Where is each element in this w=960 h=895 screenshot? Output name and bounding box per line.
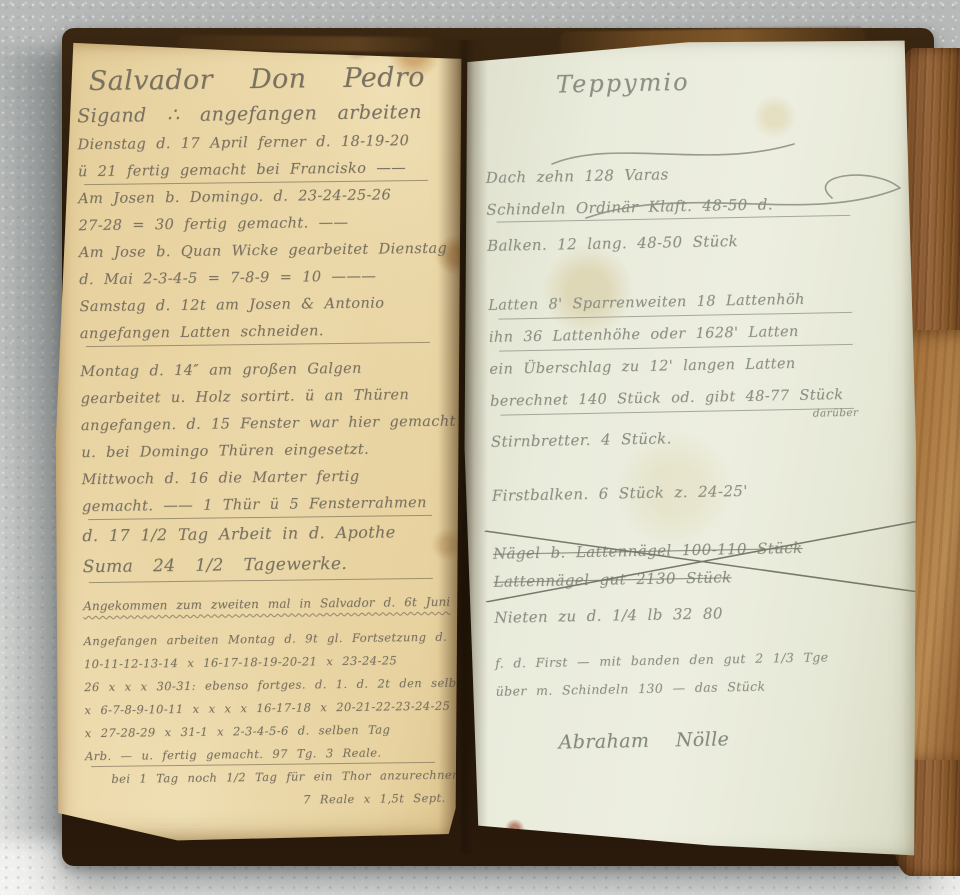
handwriting-line: Sigand ∴ angefangen arbeiten: [77, 96, 447, 133]
sum-line: Suma 24 1/2 Tagewerke.: [83, 547, 453, 585]
crossed-out-block: Nägel b. Lattennägel 100-110 Stück Latte…: [493, 532, 896, 596]
right-page-text: Teppymio Dach zehn 128 Varas Schindeln O…: [460, 34, 916, 760]
left-page-text: Salvador Don Pedro Sigand ∴ angefangen a…: [55, 38, 463, 814]
handwriting-line: gemacht. —— 1 Thür ü 5 Fensterrahmen: [82, 490, 452, 522]
right-page-title: Teppymio: [484, 62, 887, 102]
notebook-photo: Salvador Don Pedro Sigand ∴ angefangen a…: [0, 0, 960, 895]
signature: Abraham Nölle: [496, 720, 899, 760]
handwriting-line: Balken. 12 lang. 48-50 Stück: [487, 224, 889, 260]
handwriting-line: 7 Reale x 1,5t Sept.: [85, 787, 455, 815]
left-page: Salvador Don Pedro Sigand ∴ angefangen a…: [55, 38, 463, 842]
handwriting-line: Dach zehn 128 Varas: [486, 156, 888, 192]
handwriting-line: Nieten zu d. 1/4 lb 32 80: [494, 596, 896, 632]
handwriting-line: d. 17 1/2 Tag Arbeit in d. Apothe: [82, 517, 452, 552]
handwriting-line: Schindeln Ordinär Klaft. 48-50 d.: [486, 188, 888, 224]
handwriting-line: Firstbalken. 6 Stück z. 24-25': [492, 474, 894, 510]
left-page-title: Salvador Don Pedro: [77, 60, 447, 101]
right-page: Teppymio Dach zehn 128 Varas Schindeln O…: [460, 34, 916, 862]
handwriting-line: x 6-7-8-9-10-11 x x x x 16-17-18 x 20-21…: [84, 695, 454, 723]
handwriting-line: angefangen Latten schneiden.: [80, 317, 450, 349]
handwriting-line: ü 21 fertig gemacht bei Francisko ——: [78, 155, 448, 187]
section-heading: Angekommen zum zweiten mal in Salvador d…: [83, 590, 453, 620]
handwriting-line: Angefangen arbeiten Montag d. 9t gl. For…: [83, 626, 453, 654]
handwriting-line: angefangen. d. 15 Fenster war hier gemac…: [81, 409, 451, 441]
handwriting-line: Am Jose b. Quan Wicke gearbeitet Diensta…: [79, 236, 449, 268]
